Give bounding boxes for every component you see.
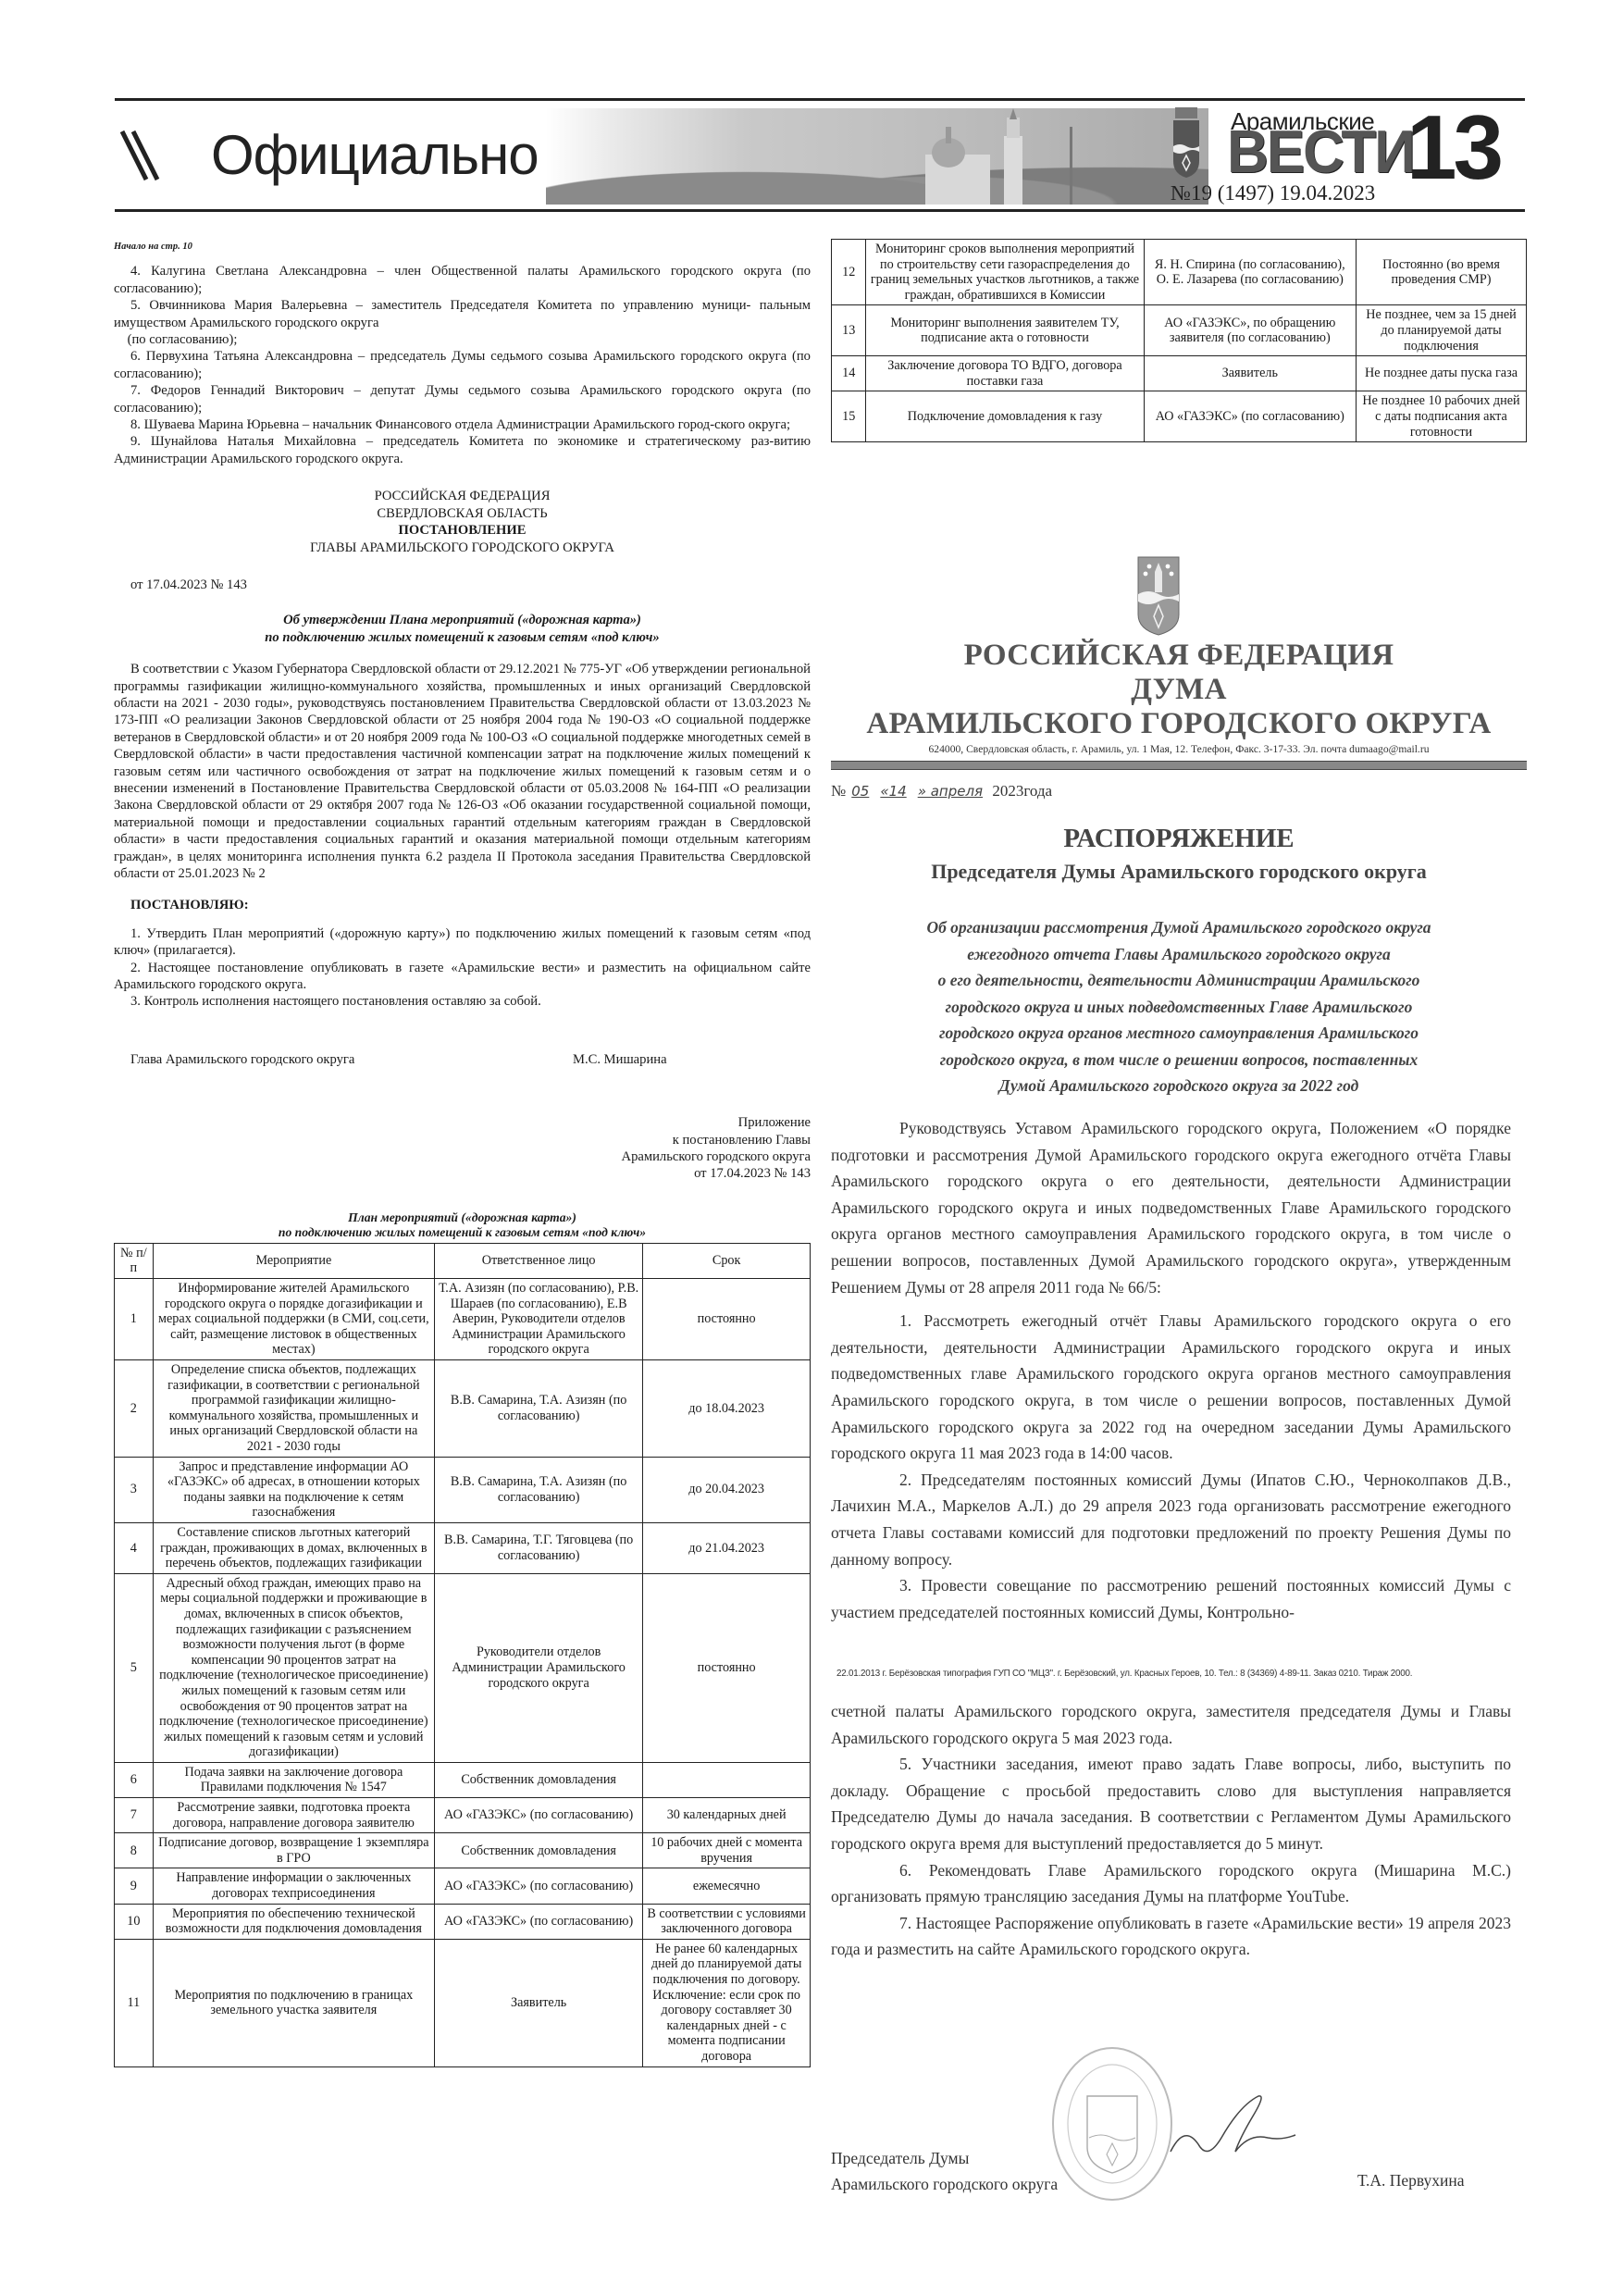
plan-title: План мероприятий («дорожная карта») по п… (114, 1210, 811, 1240)
row-term: 30 календарных дней (643, 1798, 811, 1833)
order-body-part-1: Руководствуясь Уставом Арамильского горо… (831, 1115, 1511, 1625)
row-number: 13 (832, 305, 866, 356)
row-activity: Запрос и представление информации АО «ГА… (153, 1457, 434, 1522)
order-point-6: 6. Рекомендовать Главе Арамильского горо… (831, 1857, 1511, 1910)
issue-number-date: №19 (1497) 19.04.2023 (1171, 181, 1375, 205)
row-term (643, 1762, 811, 1797)
row-number: 6 (115, 1762, 154, 1797)
row-responsible: В.В. Самарина, Т.Г. Тяговцева (по соглас… (435, 1522, 643, 1573)
row-responsible: АО «ГАЗЭКС», по обращению заявителя (по … (1144, 305, 1356, 356)
row-responsible: АО «ГАЗЭКС» (по согласованию) (435, 1798, 643, 1833)
row-number: 4 (115, 1522, 154, 1573)
order-issuer: Председателя Думы Арамильского городског… (831, 860, 1527, 884)
member-item: 6. Первухина Татьяна Александровна – пре… (114, 348, 811, 382)
table-row: 11Мероприятия по подключению в границах … (115, 1939, 811, 2066)
row-term: до 18.04.2023 (643, 1360, 811, 1458)
duma-address: 624000, Свердловская область, г. Арамиль… (831, 743, 1527, 755)
table-row: 2Определение списка объектов, подлежащих… (115, 1360, 811, 1458)
table-row: 5Адресный обход граждан, имеющих право н… (115, 1573, 811, 1762)
row-responsible: В.В. Самарина, Т.А. Азизян (по согласова… (435, 1360, 643, 1458)
row-number: 8 (115, 1833, 154, 1868)
member-item: 9. Шунайлова Наталья Михайловна – предсе… (114, 433, 811, 467)
decree-point: 1. Утвердить План мероприятий («дорожную… (114, 925, 811, 960)
row-activity: Подключение домовладения к газу (866, 391, 1144, 442)
decree-signature: Глава Арамильского городского округа М.С… (114, 1051, 811, 1068)
col-header-term: Срок (643, 1243, 811, 1278)
row-term: постоянно (643, 1279, 811, 1360)
table-row: 8Подписание договор, возвращение 1 экзем… (115, 1833, 811, 1868)
decree-point: 3. Контроль исполнения настоящего постан… (114, 993, 811, 1010)
order-preamble: Руководствуясь Уставом Арамильского горо… (831, 1115, 1511, 1300)
table-row: 6Подача заявки на заключение договора Пр… (115, 1762, 811, 1797)
decree-date: от 17.04.2023 № 143 (114, 577, 811, 593)
row-activity: Мероприятия по подключению в границах зе… (153, 1939, 434, 2066)
masthead-top-rule (115, 98, 1525, 101)
table-row: 9Направление информации о заключенных до… (115, 1868, 811, 1904)
row-activity: Адресный обход граждан, имеющих право на… (153, 1573, 434, 1762)
row-number: 5 (115, 1573, 154, 1762)
member-item: 5. Овчинникова Мария Валерьевна – замест… (114, 297, 811, 348)
row-activity: Информирование жителей Арамильского горо… (153, 1279, 434, 1360)
row-activity: Составление списков льготных категорий г… (153, 1522, 434, 1573)
table-row: 4Составление списков льготных категорий … (115, 1522, 811, 1573)
commission-members-list: 4. Калугина Светлана Александровна – чле… (114, 263, 811, 467)
member-item: 7. Федоров Геннадий Викторович – депутат… (114, 382, 811, 416)
decree-preamble: В соответствии с Указом Губернатора Свер… (114, 661, 811, 882)
row-activity: Мониторинг сроков выполнения мероприятий… (866, 240, 1144, 305)
row-term: Не позднее, чем за 15 дней до планируемо… (1357, 305, 1527, 356)
row-term: Не позднее 10 рабочих дней с даты подпис… (1357, 391, 1527, 442)
row-responsible: Я. Н. Спирина (по согласованию), О. Е. Л… (1144, 240, 1356, 305)
row-number: 10 (115, 1904, 154, 1939)
row-activity: Определение списка объектов, подлежащих … (153, 1360, 434, 1458)
row-activity: Заключение договора ТО ВДГО, договора по… (866, 356, 1144, 391)
row-responsible: В.В. Самарина, Т.А. Азизян (по согласова… (435, 1457, 643, 1522)
page-number: 13 (1406, 102, 1500, 192)
member-item: 4. Калугина Светлана Александровна – чле… (114, 263, 811, 297)
plan-table-part-2: 12Мониторинг сроков выполнения мероприят… (831, 239, 1527, 442)
resolve-heading: ПОСТАНОВЛЯЮ: (114, 897, 811, 913)
order-point-3-start: 3. Провести совещание по рассмотрению ре… (831, 1572, 1511, 1625)
row-number: 14 (832, 356, 866, 391)
order-point-2: 2. Председателям постоянных комиссий Дум… (831, 1467, 1511, 1572)
table-row: 3Запрос и представление информации АО «Г… (115, 1457, 811, 1522)
table-row: 12Мониторинг сроков выполнения мероприят… (832, 240, 1527, 305)
order-body-part-2: счетной палаты Арамильского городского о… (831, 1698, 1511, 1963)
row-activity: Направление информации о заключенных дог… (153, 1868, 434, 1904)
col-header-responsible: Ответственное лицо (435, 1243, 643, 1278)
row-term: до 20.04.2023 (643, 1457, 811, 1522)
row-activity: Подача заявки на заключение договора Пра… (153, 1762, 434, 1797)
row-responsible: Заявитель (1144, 356, 1356, 391)
continued-note: Начало на стр. 10 (114, 239, 811, 255)
member-item: 8. Шуваева Марина Юрьевна – начальник Фи… (114, 416, 811, 433)
appendix-note: Приложение к постановлению Главы Арамиль… (114, 1114, 811, 1183)
decree-title: Об утверждении Плана мероприятий («дорож… (114, 612, 811, 646)
printer-imprint: 22.01.2013 г. Берёзовская типография ГУП… (836, 1669, 1412, 1679)
decree-point: 2. Настоящее постановление опубликовать … (114, 960, 811, 994)
order-point-5: 5. Участники заседания, имеют право зада… (831, 1751, 1511, 1856)
row-term: постоянно (643, 1573, 811, 1762)
row-responsible: АО «ГАЗЭКС» (по согласованию) (435, 1868, 643, 1904)
row-term: ежемесячно (643, 1868, 811, 1904)
paper-name-main: ВЕСТИ (1227, 122, 1414, 182)
row-term: до 21.04.2023 (643, 1522, 811, 1573)
row-number: 7 (115, 1798, 154, 1833)
table-row: 13Мониторинг выполнения заявителем ТУ, п… (832, 305, 1527, 356)
row-term: Не позднее даты пуска газа (1357, 356, 1527, 391)
table-header-row: № п/п Мероприятие Ответственное лицо Сро… (115, 1243, 811, 1278)
church-photo (546, 108, 1208, 205)
order-signature-name: Т.А. Первухина (1357, 2171, 1465, 2191)
order-type: РАСПОРЯЖЕНИЕ (831, 824, 1527, 854)
order-point-1: 1. Рассмотреть ежегодный отчёт Главы Ара… (831, 1308, 1511, 1467)
left-column: Начало на стр. 10 4. Калугина Светлана А… (114, 239, 811, 2067)
row-responsible: Заявитель (435, 1939, 643, 2066)
row-term: В соответствии с условиями заключенного … (643, 1904, 811, 1939)
table-row: 10Мероприятия по обеспечению технической… (115, 1904, 811, 1939)
row-activity: Подписание договор, возвращение 1 экземп… (153, 1833, 434, 1868)
order-point-7: 7. Настоящее Распоряжение опубликовать в… (831, 1910, 1511, 1963)
duma-crest-icon (1136, 555, 1181, 637)
row-responsible: АО «ГАЗЭКС» (по согласованию) (435, 1904, 643, 1939)
row-activity: Рассмотрение заявки, подготовка проекта … (153, 1798, 434, 1833)
order-point-3-end: счетной палаты Арамильского городского о… (831, 1698, 1511, 1751)
col-header-activity: Мероприятие (153, 1243, 434, 1278)
row-number: 2 (115, 1360, 154, 1458)
plan-table-part-1: № п/п Мероприятие Ответственное лицо Сро… (114, 1243, 811, 2067)
town-crest-icon (1171, 105, 1201, 180)
row-number: 3 (115, 1457, 154, 1522)
section-title: Официально (211, 128, 539, 183)
row-number: 15 (832, 391, 866, 442)
row-responsible: АО «ГАЗЭКС» (по согласованию) (1144, 391, 1356, 442)
section-slashes-icon (118, 130, 174, 181)
right-column-table: 12Мониторинг сроков выполнения мероприят… (831, 239, 1527, 442)
row-activity: Мониторинг выполнения заявителем ТУ, под… (866, 305, 1144, 356)
row-term: Не ранее 60 календарных дней до планируе… (643, 1939, 811, 2066)
table-row: 15Подключение домовладения к газуАО «ГАЗ… (832, 391, 1527, 442)
table-row: 1Информирование жителей Арамильского гор… (115, 1279, 811, 1360)
col-header-number: № п/п (115, 1243, 154, 1278)
row-responsible: Руководители отделов Администрации Арами… (435, 1573, 643, 1762)
row-number: 9 (115, 1868, 154, 1904)
row-number: 12 (832, 240, 866, 305)
table-row: 14Заключение договора ТО ВДГО, договора … (832, 356, 1527, 391)
order-subject: Об организации рассмотрения Думой Арамил… (831, 914, 1527, 1099)
row-number: 1 (115, 1279, 154, 1360)
duma-header: РОССИЙСКАЯ ФЕДЕРАЦИЯ ДУМА АРАМИЛЬСКОГО Г… (831, 639, 1527, 741)
masthead-bottom-rule (115, 209, 1525, 212)
row-responsible: Собственник домовладения (435, 1833, 643, 1868)
row-term: 10 рабочих дней с момента вручения (643, 1833, 811, 1868)
row-responsible: Собственник домовладения (435, 1762, 643, 1797)
decree-header: РОССИЙСКАЯ ФЕДЕРАЦИЯ СВЕРДЛОВСКАЯ ОБЛАСТ… (114, 488, 811, 556)
row-activity: Мероприятия по обеспечению технической в… (153, 1904, 434, 1939)
row-term: Постоянно (во время проведения СМР) (1357, 240, 1527, 305)
row-number: 11 (115, 1939, 154, 2066)
table-row: 7Рассмотрение заявки, подготовка проекта… (115, 1798, 811, 1833)
letterhead-divider (831, 761, 1527, 770)
order-number-date: №05«14» апреля 2023года (831, 782, 1052, 800)
row-responsible: Т.А. Азизян (по согласованию), Р.В. Шара… (435, 1279, 643, 1360)
